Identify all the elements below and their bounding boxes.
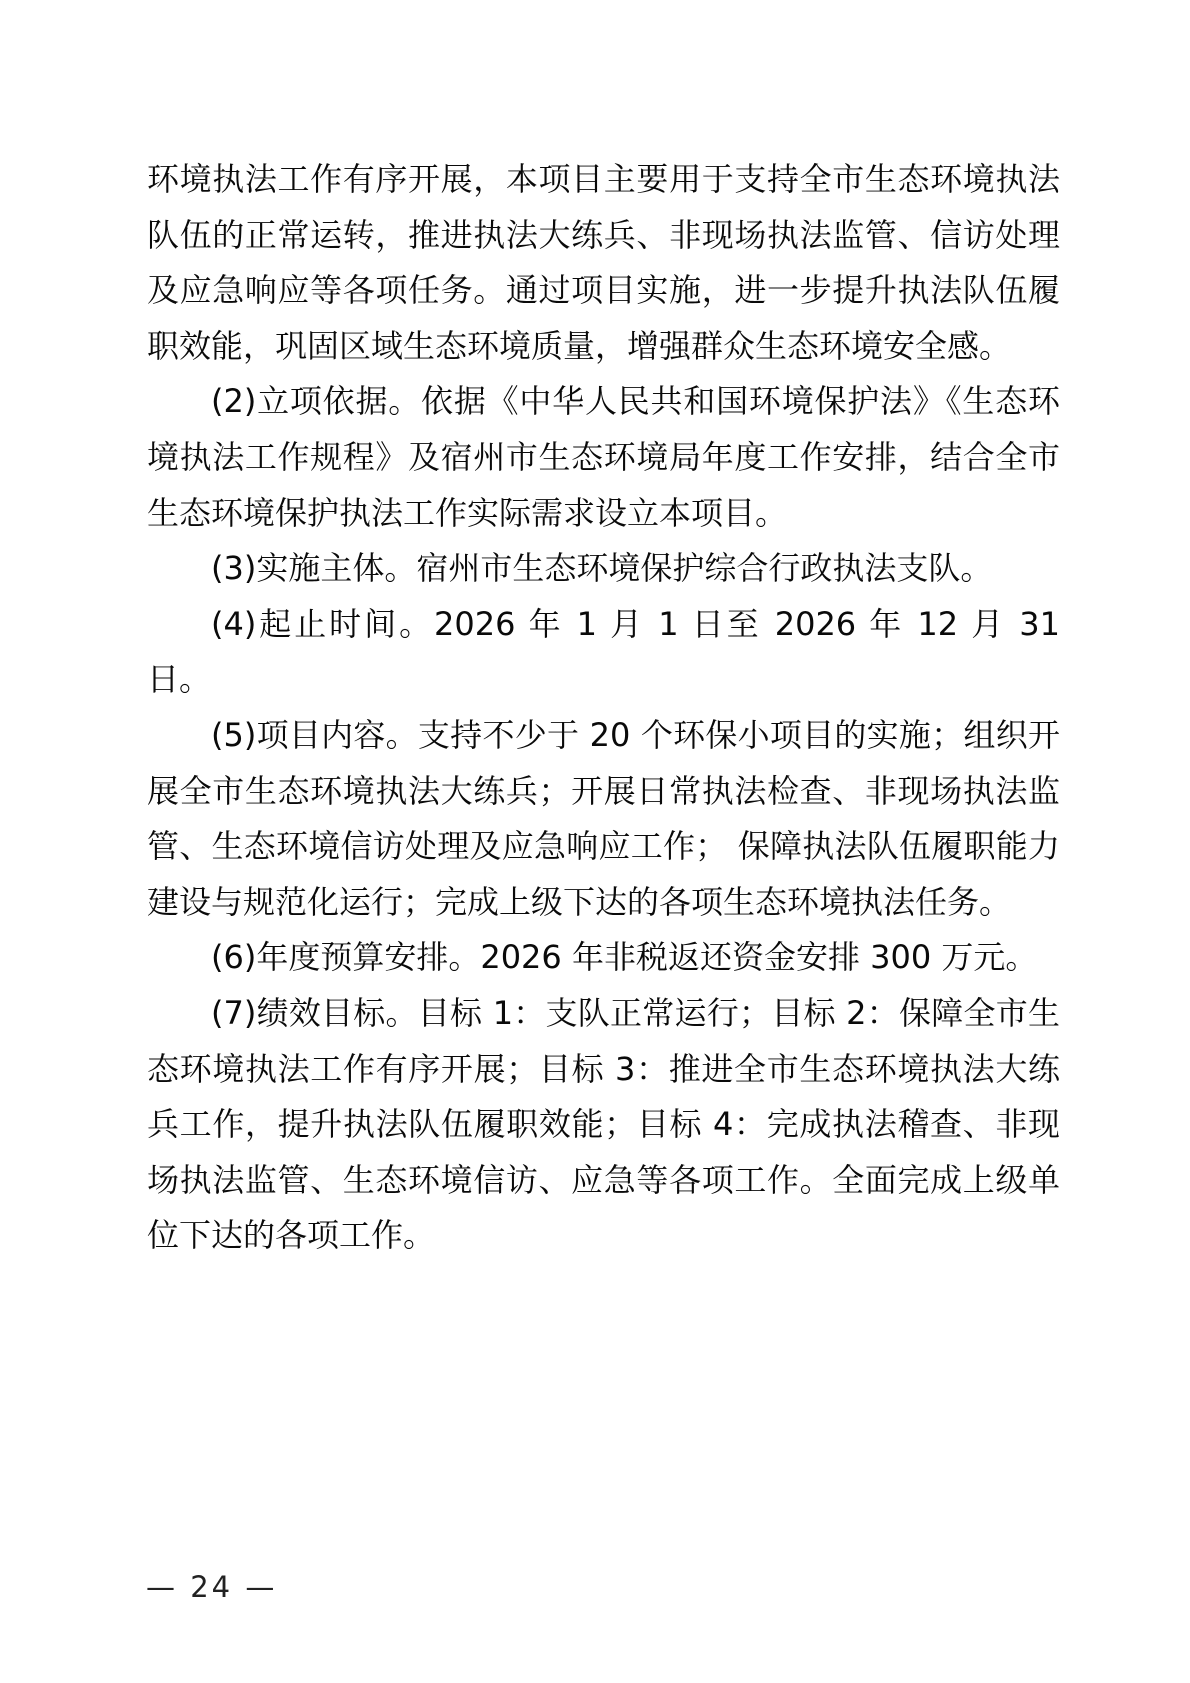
page-number: — 24 — [146, 1568, 277, 1606]
document-page: 环境执法工作有序开展，本项目主要用于支持全市生态环境执法队伍的正常运转，推进执法… [0, 0, 1190, 1683]
body-text: 环境执法工作有序开展，本项目主要用于支持全市生态环境执法队伍的正常运转，推进执法… [147, 152, 1060, 1264]
body-paragraph-item-4: (4)起止时间。2026 年 1 月 1 日至 2026 年 12 月 31 日… [147, 597, 1060, 708]
body-paragraph-continuation: 环境执法工作有序开展，本项目主要用于支持全市生态环境执法队伍的正常运转，推进执法… [147, 152, 1060, 374]
body-paragraph-item-2: (2)立项依据。依据《中华人民共和国环境保护法》《生态环境执法工作规程》及宿州市… [147, 374, 1060, 541]
body-paragraph-item-6: (6)年度预算安排。2026 年非税返还资金安排 300 万元。 [147, 930, 1060, 986]
body-paragraph-item-5: (5)项目内容。支持不少于 20 个环保小项目的实施；组织开展全市生态环境执法大… [147, 708, 1060, 930]
body-paragraph-item-3: (3)实施主体。宿州市生态环境保护综合行政执法支队。 [147, 541, 1060, 597]
body-paragraph-item-7: (7)绩效目标。目标 1：支队正常运行；目标 2：保障全市生态环境执法工作有序开… [147, 986, 1060, 1264]
